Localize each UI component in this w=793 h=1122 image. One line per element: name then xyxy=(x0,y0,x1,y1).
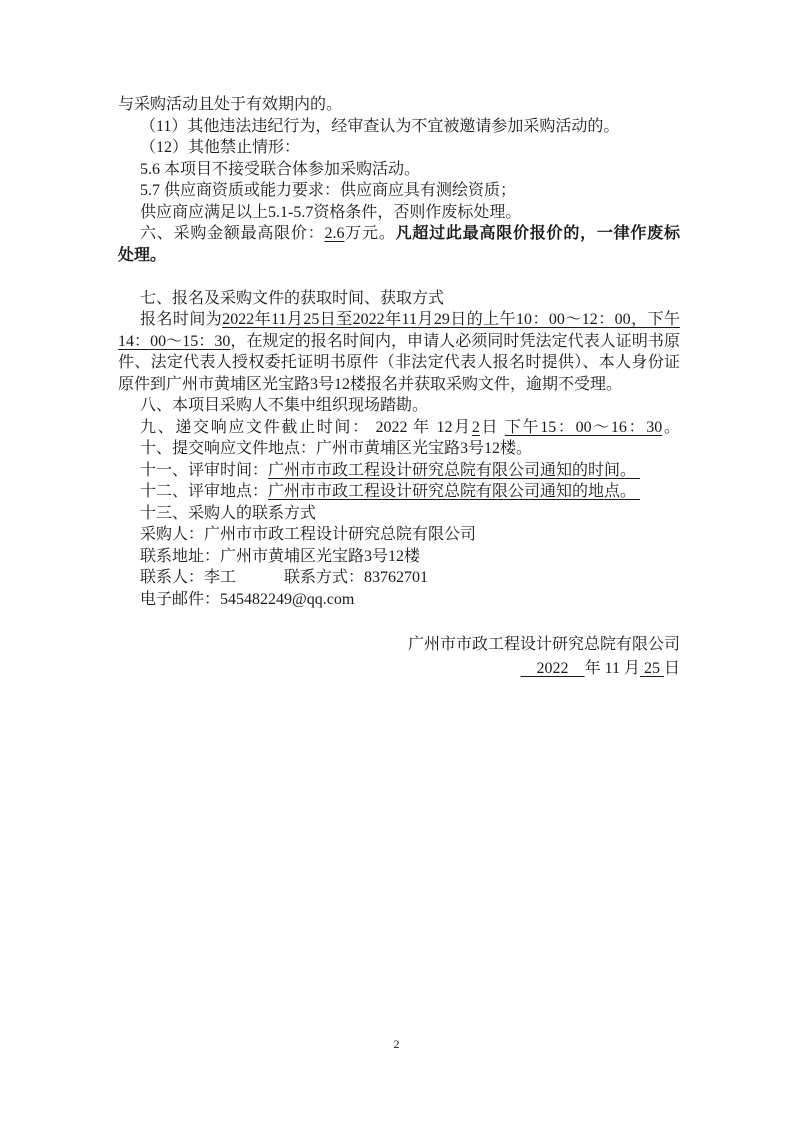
text-segment: 万元。 xyxy=(345,225,396,242)
text-segment: 电子邮件：545482249@qq.com xyxy=(140,591,354,608)
text-segment: 联系人：李工 联系方式：83762701 xyxy=(140,569,428,586)
spacer xyxy=(118,266,680,288)
text-segment: （11）其他违法违纪行为，经审查认为不宜被邀请参加采购活动的。 xyxy=(140,118,619,135)
text-segment: 。 xyxy=(662,419,680,436)
clause-7-heading: 七、报名及采购文件的获取时间、获取方式 xyxy=(118,288,680,310)
clause-5-note: 供应商应满足以上5.1-5.7资格条件，否则作废标处理。 xyxy=(118,202,680,224)
text-segment: 供应商应满足以上5.1-5.7资格条件，否则作废标处理。 xyxy=(140,204,521,221)
signature-date: 2022 年 11 月 25 日 xyxy=(118,657,680,681)
text-segment: 凡超过此最高限价报价的，一律作废标 xyxy=(396,225,680,242)
clause-11-review-time: 十一、评审时间：广州市市政工程设计研究总院有限公司通知的时间。 xyxy=(118,460,680,482)
text-segment: 七、报名及采购文件的获取时间、获取方式 xyxy=(140,290,444,307)
clause-7-line-2: 14：00～15：30，在规定的报名时间内，申请人必须同时凭法定代表人证明书原 xyxy=(118,331,680,353)
text-segment: 十一、评审时间： xyxy=(140,462,268,479)
clause-7-line-4: 原件到广州市黄埔区光宝路3号12楼报名并获取采购文件，逾期不受理。 xyxy=(118,374,680,396)
text-segment: 件、法定代表人授权委托证明书原件（非法定代表人报名时提供）、本人身份证 xyxy=(118,354,680,371)
text-segment: 下午15：00～16：30 xyxy=(505,419,662,436)
text-segment: 5.7 供应商资质或能力要求：供应商应具有测绘资质； xyxy=(140,182,516,199)
text-segment: 2022 xyxy=(521,660,585,677)
clause-7-line-1: 报名时间为2022年11月25日至2022年11月29日的上午10：00～12：… xyxy=(118,309,680,331)
text-segment: 2 xyxy=(472,419,480,436)
text-segment: （12）其他禁止情形： xyxy=(140,139,300,156)
para-validity-continuation: 与采购活动且处于有效期内的。 xyxy=(118,94,680,116)
text-segment: 十三、采购人的联系方式 xyxy=(140,505,316,522)
page-number: 2 xyxy=(0,1036,793,1052)
clause-5-6: 5.6 本项目不接受联合体参加采购活动。 xyxy=(118,159,680,181)
contact-address: 联系地址：广州市黄埔区光宝路3号12楼 xyxy=(118,546,680,568)
text-segment: 与采购活动且处于有效期内的。 xyxy=(118,96,342,113)
contact-person-phone: 联系人：李工 联系方式：83762701 xyxy=(118,567,680,589)
clause-13-contact-heading: 十三、采购人的联系方式 xyxy=(118,503,680,525)
text-segment: 年 11 月 xyxy=(585,660,640,677)
text-segment: 2.6 xyxy=(325,225,345,242)
text-segment: 联系地址：广州市黄埔区光宝路3号12楼 xyxy=(140,548,420,565)
text-segment: 日 xyxy=(664,660,680,677)
text-segment: 广州市市政工程设计研究总院有限公司通知的地点。 xyxy=(268,483,640,500)
signature-company: 广州市市政工程设计研究总院有限公司 xyxy=(118,633,680,657)
text-segment: 十、提交响应文件地点：广州市黄埔区光宝路3号12楼。 xyxy=(140,440,532,457)
item-12: （12）其他禁止情形： xyxy=(118,137,680,159)
text-segment: 14：00～15：30 xyxy=(118,333,230,350)
text-segment: 5.6 本项目不接受联合体参加采购活动。 xyxy=(140,161,420,178)
text-segment: 25 xyxy=(640,660,664,677)
clause-8-site-visit: 八、本项目采购人不集中组织现场踏勘。 xyxy=(118,395,680,417)
contact-purchaser: 采购人：广州市市政工程设计研究总院有限公司 xyxy=(118,524,680,546)
text-segment: 六、采购金额最高限价： xyxy=(140,225,325,242)
text-segment: 处理。 xyxy=(118,247,166,264)
text-segment: 报名时间为 xyxy=(140,311,222,328)
text-segment: 八、本项目采购人不集中组织现场踏勘。 xyxy=(140,397,428,414)
clause-10-location: 十、提交响应文件地点：广州市黄埔区光宝路3号12楼。 xyxy=(118,438,680,460)
text-segment: 原件到广州市黄埔区光宝路3号12楼报名并获取采购文件，逾期不受理。 xyxy=(118,376,622,393)
text-segment: 2022年11月25日至2022年11月29日的上午10：00～12：00，下午 xyxy=(222,311,680,328)
text-segment: 九、递交响应文件截止时间： 2022 年 12月 xyxy=(140,419,472,436)
document-page: 与采购活动且处于有效期内的。（11）其他违法违纪行为，经审查认为不宜被邀请参加采… xyxy=(0,0,793,1122)
clause-9-deadline: 九、递交响应文件截止时间： 2022 年 12月2日 下午15：00～16：30… xyxy=(118,417,680,439)
document-body: 与采购活动且处于有效期内的。（11）其他违法违纪行为，经审查认为不宜被邀请参加采… xyxy=(118,94,680,610)
item-11: （11）其他违法违纪行为，经审查认为不宜被邀请参加采购活动的。 xyxy=(118,116,680,138)
clause-7-line-3: 件、法定代表人授权委托证明书原件（非法定代表人报名时提供）、本人身份证 xyxy=(118,352,680,374)
text-segment: 采购人：广州市市政工程设计研究总院有限公司 xyxy=(140,526,476,543)
text-segment: 广州市市政工程设计研究总院有限公司通知的时间。 xyxy=(268,462,640,479)
text-segment: ，在规定的报名时间内，申请人必须同时凭法定代表人证明书原 xyxy=(230,333,680,350)
clause-6-max-price: 六、采购金额最高限价：2.6万元。凡超过此最高限价报价的，一律作废标 xyxy=(118,223,680,245)
text-segment: 日 xyxy=(480,419,505,436)
clause-5-7: 5.7 供应商资质或能力要求：供应商应具有测绘资质； xyxy=(118,180,680,202)
clause-6-max-price-cont: 处理。 xyxy=(118,245,680,267)
contact-email: 电子邮件：545482249@qq.com xyxy=(118,589,680,611)
clause-12-review-place: 十二、评审地点：广州市市政工程设计研究总院有限公司通知的地点。 xyxy=(118,481,680,503)
signature-block: 广州市市政工程设计研究总院有限公司 2022 年 11 月 25 日 xyxy=(118,633,680,681)
text-segment: 十二、评审地点： xyxy=(140,483,268,500)
